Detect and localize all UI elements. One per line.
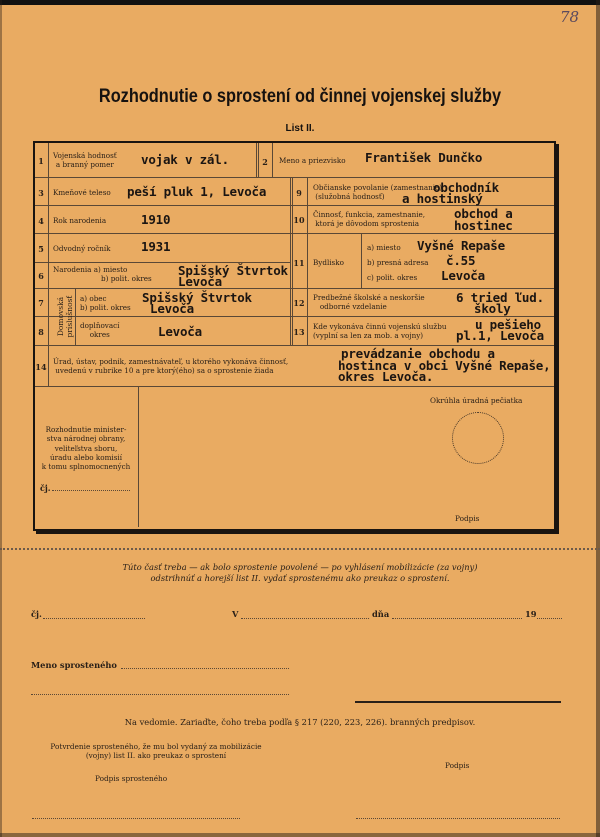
row-number: 2 (258, 157, 272, 167)
row-number: 13 (292, 327, 306, 337)
year-label: 19 (525, 609, 537, 619)
row-number: 3 (34, 188, 48, 198)
row-divider (35, 386, 554, 387)
regiment-value: peší pluk 1, Levoča (127, 186, 266, 197)
scan-bottom-edge (0, 833, 600, 837)
row-number: 12 (292, 298, 306, 308)
row-number: 7 (34, 298, 48, 308)
document-subtitle: List II. (0, 123, 600, 134)
decision-authority-label: Rozhodnutie minister- stva národnej obra… (36, 425, 136, 471)
service-place-value-2: pl.1, Levoča (456, 330, 544, 341)
field-label: Predbežné školské a neskoršie odborné vz… (313, 294, 425, 311)
row-number: 8 (34, 327, 48, 337)
official-stamp-circle (452, 412, 504, 464)
released-name-field[interactable] (121, 668, 289, 669)
residence-district-value: Levoča (441, 270, 485, 281)
field-label: b) polit. okres (101, 275, 152, 284)
residence-address-value: č.55 (446, 255, 475, 266)
document-title: Rozhodnutie o sprostení od činnej vojens… (42, 86, 558, 108)
row-number: 1 (34, 156, 48, 166)
signature-line (355, 701, 561, 703)
case-number-field[interactable] (52, 490, 130, 491)
field-label: Vojenská hodnosťa branný pomer (53, 152, 117, 169)
field-label: doplňovacíokres (80, 322, 119, 339)
field-label: Úrad, ústav, podnik, zamestnávateľ, u kt… (53, 358, 288, 375)
row-divider (35, 177, 554, 178)
field-label: b) presná adresa (367, 259, 428, 268)
row-number: 11 (292, 258, 306, 268)
page-number: 78 (560, 8, 579, 26)
residence-place-value: Vyšné Repaše (417, 240, 505, 251)
birth-year-value: 1910 (141, 214, 170, 225)
signature-label: Podpis (455, 514, 479, 523)
birth-district-value: Levoča (178, 276, 222, 287)
domicile-label: Domovskápríslušnosť (57, 288, 74, 345)
field-label: a) miesto (367, 244, 401, 253)
row-number: 10 (292, 215, 306, 225)
tear-off-instruction: Túto časť treba — ak bolo sprostenie pov… (0, 562, 600, 584)
field-label: a) obecb) polit. okres (80, 295, 131, 312)
place-field[interactable] (241, 618, 369, 619)
full-name-value: František Dunčko (365, 152, 482, 163)
row-divider (35, 233, 554, 234)
row-number: 4 (34, 216, 48, 226)
home-district-value: Levoča (150, 303, 194, 314)
field-label: Kde vykonáva činnú vojenskú službu(vypln… (313, 323, 446, 340)
field-label: Činnosť, funkcia, zamestnanie, ktorá je … (313, 211, 425, 228)
row-number: 5 (34, 244, 48, 254)
military-rank-value: vojak v zál. (141, 154, 229, 165)
tear-off-line (0, 548, 600, 550)
education-value-2: školy (474, 303, 511, 314)
column-divider (272, 143, 273, 177)
year-field[interactable] (537, 618, 562, 619)
case-number-label: čj. (40, 483, 51, 493)
row-number: 14 (34, 362, 48, 372)
field-label: Meno a priezvisko (279, 157, 346, 166)
row-divider (75, 316, 290, 317)
field-label: Rok narodenia (53, 217, 106, 226)
dna-label: dňa (372, 609, 389, 619)
scan-top-edge (0, 0, 600, 5)
field-label: c) polit. okres (367, 274, 417, 283)
released-signature-label: Podpis sprosteného (95, 774, 167, 783)
occupation-value-2: a hostinský (402, 193, 483, 204)
cj-field[interactable] (43, 618, 145, 619)
column-divider (361, 233, 362, 288)
activity-value-2: hostinec (454, 220, 513, 231)
draft-year-value: 1931 (141, 241, 170, 252)
field-label: Kmeňové teleso (53, 189, 111, 198)
field-label: Odvodný ročník (53, 245, 111, 254)
employer-value-3: okres Levoča. (338, 371, 433, 382)
column-divider (138, 386, 139, 527)
confirmation-text: Potvrdenie sprosteného, že mu bol vydaný… (32, 742, 280, 760)
supplementary-district-value: Levoča (158, 326, 202, 337)
notice-text: Na vedomie. Zariaďte, čoho treba podľa §… (0, 717, 600, 727)
row-number: 9 (292, 188, 306, 198)
row-divider (35, 288, 554, 289)
released-signature-field[interactable] (32, 818, 240, 819)
v-label: V (232, 609, 238, 619)
stamp-label: Okrúhla úradná pečiatka (430, 396, 522, 405)
released-name-field-2[interactable] (31, 694, 289, 695)
official-signature-label: Podpis (445, 761, 469, 770)
row-number: 6 (34, 271, 48, 281)
num-column-divider (48, 143, 49, 386)
released-name-label: Meno sprosteného (31, 660, 117, 670)
date-field[interactable] (392, 618, 522, 619)
field-label: Bydlisko (313, 259, 344, 268)
official-signature-field[interactable] (356, 818, 560, 819)
column-divider (307, 177, 308, 345)
cj-label: čj. (31, 609, 42, 619)
